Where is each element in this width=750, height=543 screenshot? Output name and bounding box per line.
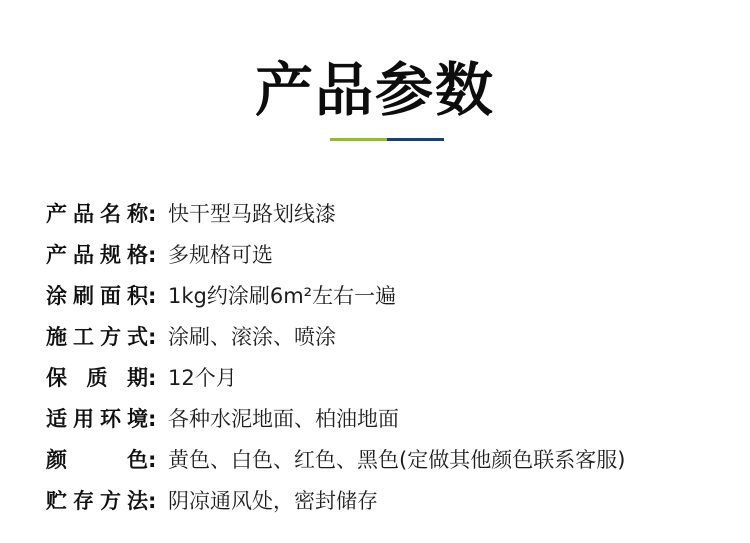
- title-divider: [330, 138, 444, 141]
- divider-green-segment: [330, 138, 387, 141]
- param-label: 适用环境: [46, 401, 148, 437]
- param-row-environment: 适用环境: 各种水泥地面、柏油地面: [46, 401, 625, 442]
- divider-blue-segment: [387, 138, 444, 141]
- param-label: 施工方式: [46, 319, 148, 355]
- param-value: 12个月: [168, 360, 237, 396]
- param-value: 多规格可选: [168, 237, 273, 273]
- product-params-list: 产品名称: 快干型马路划线漆 产品规格: 多规格可选 涂刷面积: 1kg约涂刷6…: [46, 196, 625, 524]
- param-value: 黄色、白色、红色、黑色(定做其他颜色联系客服): [168, 442, 625, 478]
- param-label: 保质期: [46, 360, 148, 396]
- param-label: 产品规格: [46, 237, 148, 273]
- param-row-shelf-life: 保质期: 12个月: [46, 360, 625, 401]
- page-title: 产品参数: [0, 52, 750, 128]
- param-row-color: 颜色: 黄色、白色、红色、黑色(定做其他颜色联系客服): [46, 442, 625, 483]
- param-colon: :: [148, 278, 168, 314]
- param-colon: :: [148, 401, 168, 437]
- param-value: 1kg约涂刷6m²左右一遍: [168, 278, 396, 314]
- param-colon: :: [148, 319, 168, 355]
- param-label: 涂刷面积: [46, 278, 148, 314]
- param-colon: :: [148, 196, 168, 232]
- param-row-name: 产品名称: 快干型马路划线漆: [46, 196, 625, 237]
- param-label: 贮存方法: [46, 483, 148, 519]
- param-colon: :: [148, 483, 168, 519]
- param-value: 快干型马路划线漆: [168, 196, 336, 232]
- param-colon: :: [148, 442, 168, 478]
- param-value: 阴凉通风处，密封储存: [168, 483, 378, 519]
- param-colon: :: [148, 237, 168, 273]
- param-label: 颜色: [46, 442, 148, 478]
- param-row-method: 施工方式: 涂刷、滚涂、喷涂: [46, 319, 625, 360]
- param-row-spec: 产品规格: 多规格可选: [46, 237, 625, 278]
- param-label: 产品名称: [46, 196, 148, 232]
- param-colon: :: [148, 360, 168, 396]
- param-row-storage: 贮存方法: 阴凉通风处，密封储存: [46, 483, 625, 524]
- param-value: 各种水泥地面、柏油地面: [168, 401, 399, 437]
- param-value: 涂刷、滚涂、喷涂: [168, 319, 336, 355]
- param-row-coverage: 涂刷面积: 1kg约涂刷6m²左右一遍: [46, 278, 625, 319]
